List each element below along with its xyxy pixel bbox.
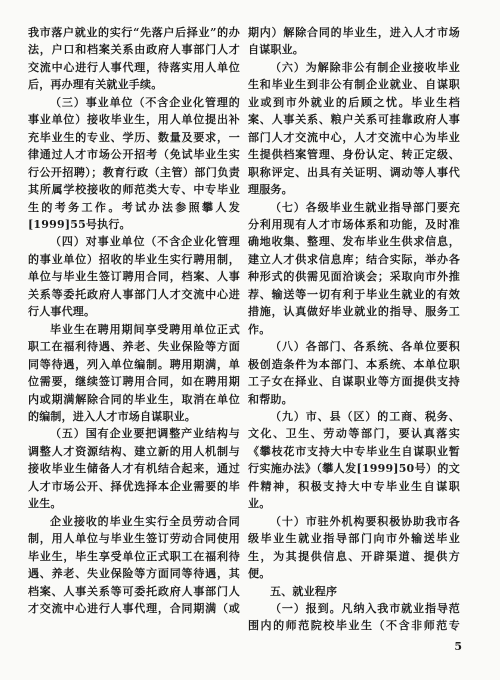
page-text-columns: 我市落户就业的实行“先落户后择业”的办法，户口和档案关系由政府人事部门人才交流中… (28, 24, 460, 640)
paragraph-item-10: （十）市驻外机构要积极协助我市各级毕业生就业指导部门向市外输送毕业生，为其提供信… (248, 513, 460, 583)
section-heading-employment-procedure: 五、就业程序 (248, 583, 460, 600)
paragraph-item-5: （五）国有企业要把调整产业结构与调整人才资源结构、建立新的用人机制与接收毕业生储… (28, 425, 240, 512)
page-number: 5 (454, 640, 462, 653)
paragraph-item-7: （七）各级毕业生就业指导部门要充分利用现有人才市场体系和功能，及时准确地收集、整… (248, 199, 460, 339)
paragraph-item-6: （六）为解除非公有制企业接收毕业生和毕业生到非公有制企业就业、自谋职业或到市外就… (248, 59, 460, 199)
paragraph-item-8: （八）各部门、各系统、各单位要积极创造条件为本部门、本系统、本单位职工子女在择业… (248, 338, 460, 408)
document-page: 我市落户就业的实行“先落户后择业”的办法，户口和档案关系由政府人事部门人才交流中… (0, 0, 500, 680)
paragraph-item-4-continued: 毕业生在聘用期间享受聘用单位正式职工在福利待遇、养老、失业保险等方面同等待遇，列… (28, 321, 240, 426)
paragraph-continuation: 我市落户就业的实行“先落户后择业”的办法，户口和档案关系由政府人事部门人才交流中… (28, 24, 240, 94)
paragraph-item-4: （四）对事业单位（不含企业化管理的事业单位）招收的毕业生实行聘用制，单位与毕业生… (28, 233, 240, 320)
paragraph-item-9: （九）市、县（区）的工商、税务、文化、卫生、劳动等部门，要认真落实《攀枝花市支持… (248, 408, 460, 513)
paragraph-item-3: （三）事业单位（不含企业化管理的事业单位）接收毕业生，用人单位提出补充毕业生的专… (28, 94, 240, 234)
